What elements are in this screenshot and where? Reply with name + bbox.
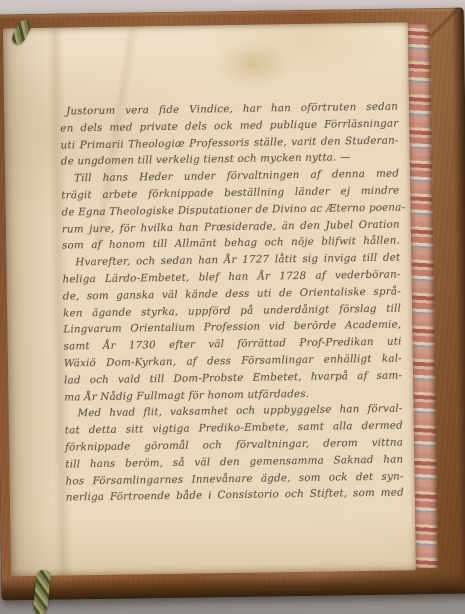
manuscript-scan: Justorum vera fide Vindice, har han oför… <box>0 0 465 614</box>
manuscript-text: Justorum vera fide Vindice, har han oför… <box>60 99 404 507</box>
manuscript-page: Justorum vera fide Vindice, har han oför… <box>3 22 416 576</box>
book: Justorum vera fide Vindice, har han oför… <box>0 8 465 601</box>
text-line: nerliga Förtroende både i Consistorio oc… <box>66 485 404 507</box>
leather-cover-edge-right <box>452 8 465 594</box>
